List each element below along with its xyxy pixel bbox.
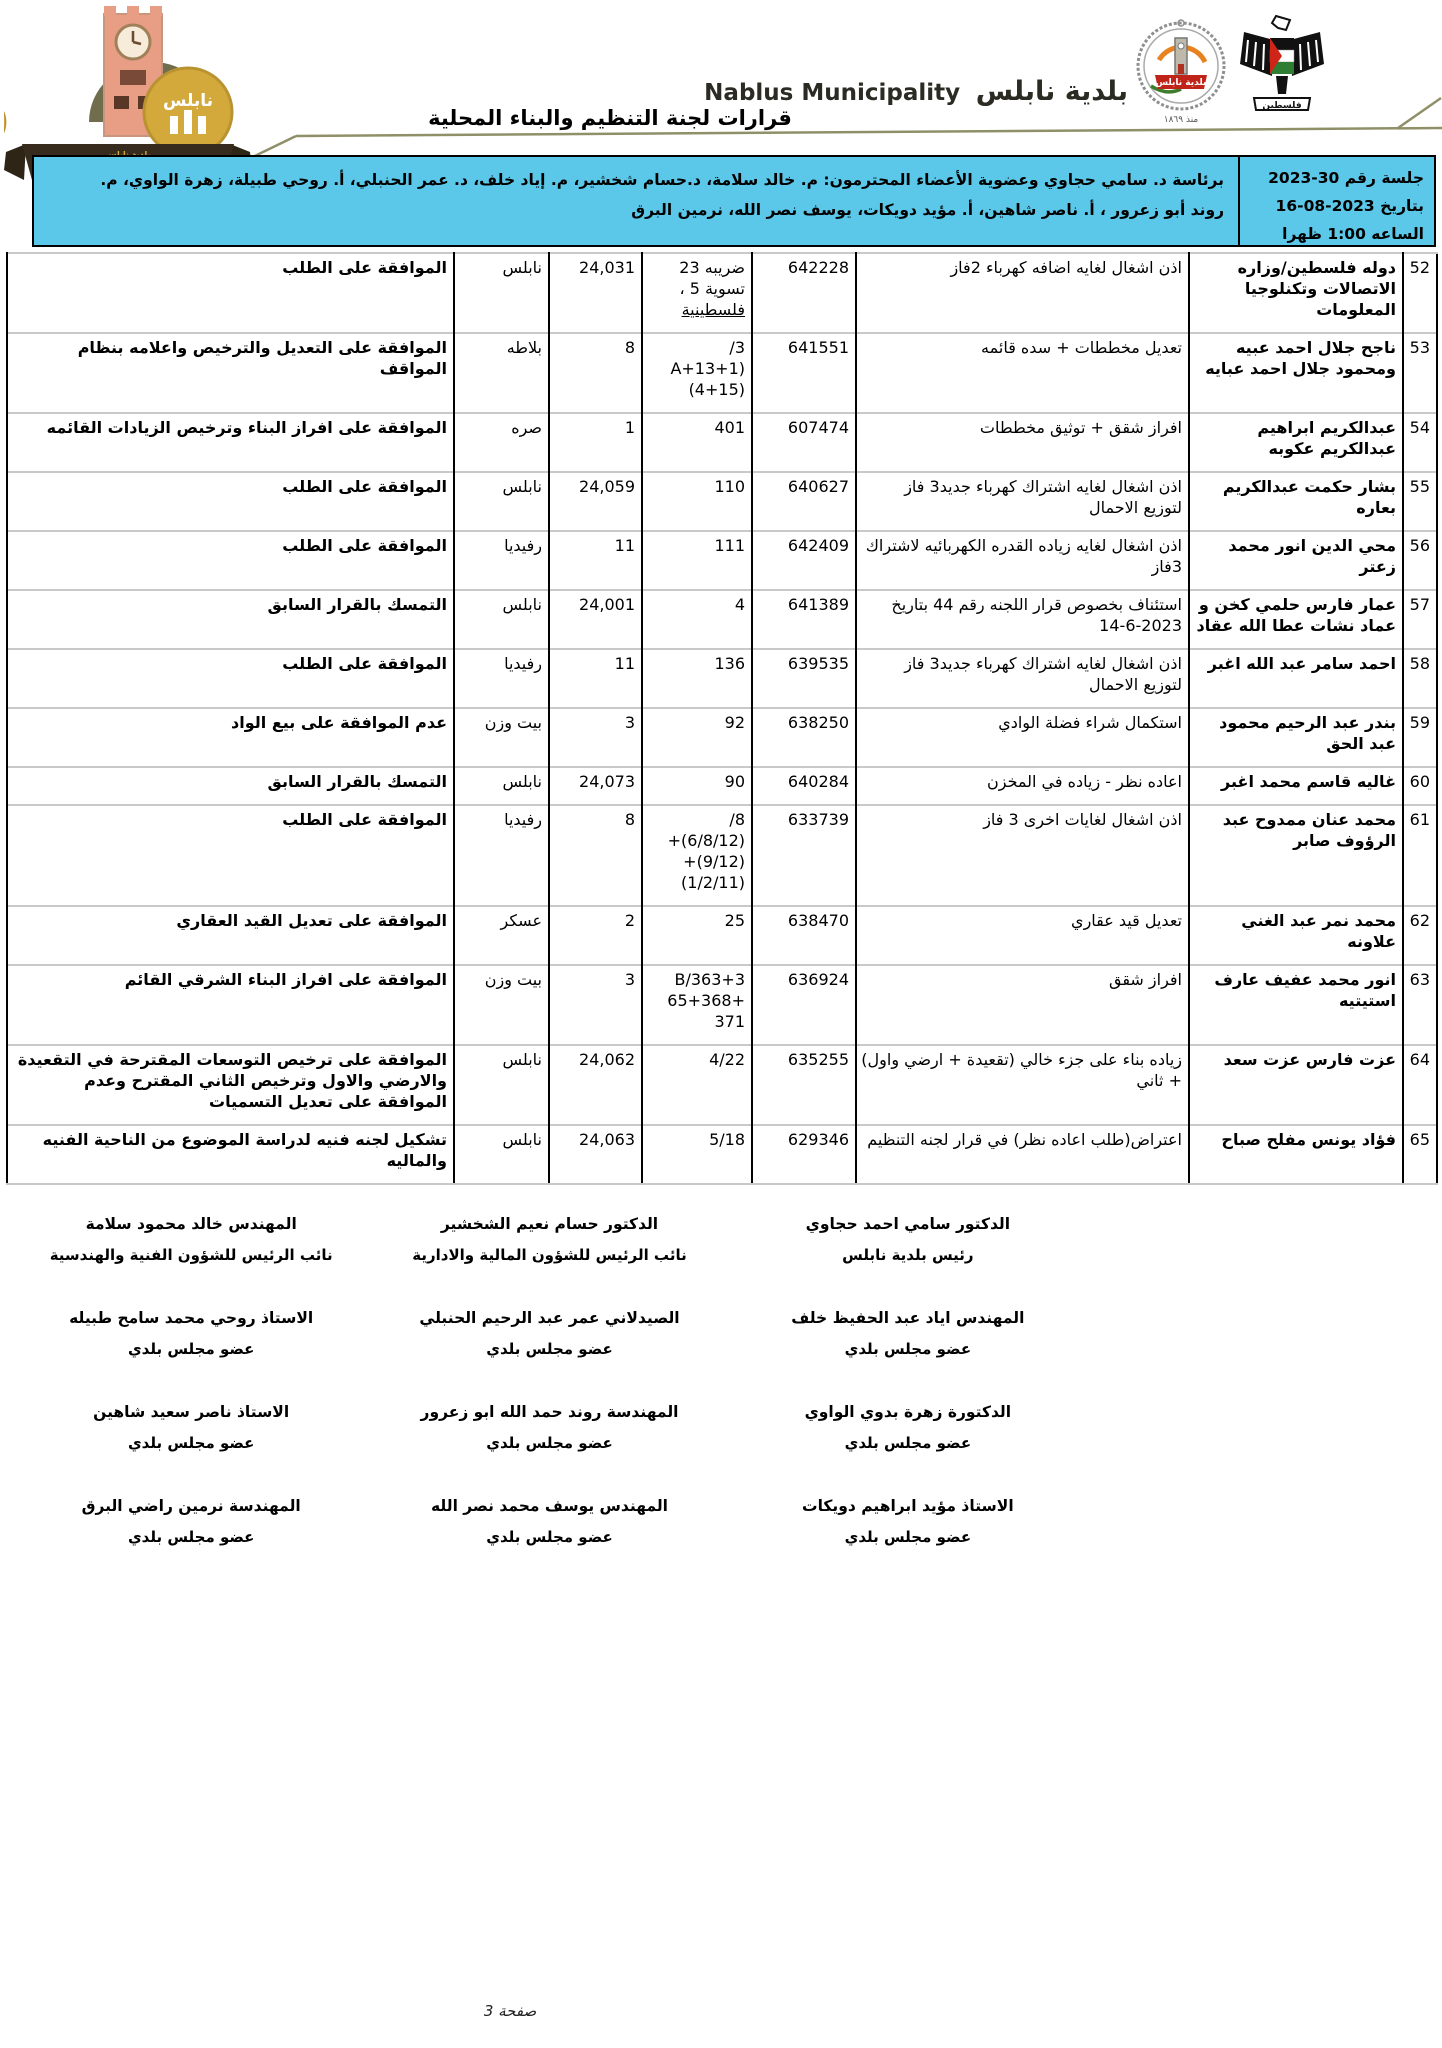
crest-banner-text: بلدية نابلس: [1156, 78, 1207, 88]
basin-number: 3: [549, 965, 642, 1045]
table-row: 60 غاليه قاسم محمد اغبر اعاده نظر - زياد…: [7, 767, 1437, 805]
table-row: 59 بندر عبد الرحيم محمود عبد الحق استكما…: [7, 708, 1437, 767]
basin-number: 24,031: [549, 253, 642, 333]
signatory-name: المهندسة روند حمد الله ابو زعرور: [370, 1403, 728, 1421]
location: بلاطه: [454, 333, 549, 413]
plot-number: 90: [642, 767, 752, 805]
signature-block: الاستاذ ناصر سعيد شاهين عضو مجلس بلدي: [12, 1403, 370, 1461]
file-number: 629346: [752, 1125, 856, 1184]
location: بيت وزن: [454, 708, 549, 767]
basin-number: 8: [549, 333, 642, 413]
location: نابلس: [454, 1045, 549, 1125]
row-number: 53: [1403, 333, 1437, 413]
attendees-line2: روند أبو زعرور ، أ. ناصر شاهين، أ. مؤيد …: [44, 195, 1224, 225]
eagle-banner: فلسطين: [1254, 98, 1310, 111]
request-description: اذن اشغال لغايات اخرى 3 فاز: [856, 805, 1189, 906]
decision-text: الموافقة على تعديل القيد العقاري: [7, 906, 454, 965]
request-description: افراز شقق + توثيق مخططات: [856, 413, 1189, 472]
row-number: 57: [1403, 590, 1437, 649]
table-row: 55 بشار حكمت عبدالكريم بعاره اذن اشغال ل…: [7, 472, 1437, 531]
row-number: 54: [1403, 413, 1437, 472]
table-row: 63 انور محمد عفيف عارف استيتيه افراز شقق…: [7, 965, 1437, 1045]
applicant-name: انور محمد عفيف عارف استيتيه: [1189, 965, 1403, 1045]
signature-block: الاستاذ مؤيد ابراهيم دويكات عضو مجلس بلد…: [729, 1497, 1087, 1555]
row-number: 60: [1403, 767, 1437, 805]
signatory-name: الاستاذ روحي محمد سامح طبيله: [12, 1309, 370, 1327]
row-number: 56: [1403, 531, 1437, 590]
basin-number: 2: [549, 906, 642, 965]
decision-text: الموافقة على افراز البناء الشرقي القائم: [7, 965, 454, 1045]
session-meta: جلسة رقم 30-2023 بتاريخ 2023-08-16 الساع…: [1238, 157, 1434, 245]
plot-number: 110: [642, 472, 752, 531]
applicant-name: محي الدين انور محمد زعتر: [1189, 531, 1403, 590]
location: نابلس: [454, 253, 549, 333]
palestine-eagle-emblem: فلسطين: [1236, 14, 1328, 118]
decision-text: التمسك بالقرار السابق: [7, 767, 454, 805]
signatory-name: المهندسة نرمين راضي البرق: [12, 1497, 370, 1515]
signatory-title: نائب الرئيس للشؤون الفنية والهندسية: [12, 1246, 370, 1264]
row-number: 58: [1403, 649, 1437, 708]
file-number: 638470: [752, 906, 856, 965]
applicant-name: دوله فلسطين/وزاره الاتصالات وتكنلوجيا ال…: [1189, 253, 1403, 333]
location: رفيديا: [454, 649, 549, 708]
eagle-banner-text: فلسطين: [1262, 101, 1301, 111]
signatures-section: الدكتور سامي احمد حجاوي رئيس بلدية نابلس…: [12, 1215, 1087, 1555]
applicant-name: محمد نمر عبد الغني علاونه: [1189, 906, 1403, 965]
decision-text: الموافقة على الطلب: [7, 805, 454, 906]
file-number: 639535: [752, 649, 856, 708]
signature-block: الدكتورة زهرة بدوي الواوي عضو مجلس بلدي: [729, 1403, 1087, 1461]
signatory-title: نائب الرئيس للشؤون المالية والادارية: [370, 1246, 728, 1264]
signatory-title: عضو مجلس بلدي: [12, 1434, 370, 1452]
plot-number: 136: [642, 649, 752, 708]
row-number: 62: [1403, 906, 1437, 965]
file-number: 640627: [752, 472, 856, 531]
table-row: 61 محمد عنان ممدوح عبد الرؤوف صابر اذن ا…: [7, 805, 1437, 906]
decisions-table: 52 دوله فلسطين/وزاره الاتصالات وتكنلوجيا…: [6, 252, 1438, 1185]
basin-number: 3: [549, 708, 642, 767]
plot-number: /8+(6/8/12)+(9/12)(1/2/11): [642, 805, 752, 906]
basin-number: 11: [549, 649, 642, 708]
file-number: 642409: [752, 531, 856, 590]
applicant-name: بشار حكمت عبدالكريم بعاره: [1189, 472, 1403, 531]
signatory-name: الصيدلاني عمر عبد الرحيم الحنبلي: [370, 1309, 728, 1327]
basin-number: 24,073: [549, 767, 642, 805]
table-row: 58 احمد سامر عبد الله اغبر اذن اشغال لغا…: [7, 649, 1437, 708]
request-description: استكمال شراء فضلة الوادي: [856, 708, 1189, 767]
request-description: تعديل قيد عقاري: [856, 906, 1189, 965]
decision-text: التمسك بالقرار السابق: [7, 590, 454, 649]
signatory-name: المهندس خالد محمود سلامة: [12, 1215, 370, 1233]
applicant-name: عبدالكريم ابراهيم عبدالكريم عكوبه: [1189, 413, 1403, 472]
signatory-title: عضو مجلس بلدي: [729, 1528, 1087, 1546]
file-number: 633739: [752, 805, 856, 906]
document-page: { "header": { "org_name_ar": "بلدية نابل…: [0, 0, 1442, 2048]
applicant-name: احمد سامر عبد الله اغبر: [1189, 649, 1403, 708]
signatory-name: الدكتور حسام نعيم الشخشير: [370, 1215, 728, 1233]
plot-number: 5/18: [642, 1125, 752, 1184]
signatory-title: عضو مجلس بلدي: [12, 1528, 370, 1546]
location: عسكر: [454, 906, 549, 965]
basin-number: 8: [549, 805, 642, 906]
signatory-name: الاستاذ ناصر سعيد شاهين: [12, 1403, 370, 1421]
table-row: 57 عمار فارس حلمي كخن و عماد نشات عطا ال…: [7, 590, 1437, 649]
attendees-line1: برئاسة د. سامي حجاوي وعضوية الأعضاء المح…: [44, 165, 1224, 195]
session-time: الساعه 1:00 ظهرا: [1244, 220, 1424, 248]
location: بيت وزن: [454, 965, 549, 1045]
applicant-name: غاليه قاسم محمد اغبر: [1189, 767, 1403, 805]
file-number: 642228: [752, 253, 856, 333]
signatory-title: عضو مجلس بلدي: [370, 1434, 728, 1452]
request-description: استئناف بخصوص قرار اللجنه رقم 44 بتاريخ …: [856, 590, 1189, 649]
location: نابلس: [454, 767, 549, 805]
file-number: 636924: [752, 965, 856, 1045]
plot-number: 111: [642, 531, 752, 590]
signature-block: الصيدلاني عمر عبد الرحيم الحنبلي عضو مجل…: [370, 1309, 728, 1367]
file-number: 635255: [752, 1045, 856, 1125]
signatory-title: عضو مجلس بلدي: [729, 1340, 1087, 1358]
request-description: تعديل مخططات + سده قائمه: [856, 333, 1189, 413]
plot-number: B/363+365+368+371: [642, 965, 752, 1045]
applicant-name: فؤاد يونس مفلح صباح: [1189, 1125, 1403, 1184]
request-description: اذن اشغال لغايه زياده القدره الكهربائيه …: [856, 531, 1189, 590]
location: نابلس: [454, 590, 549, 649]
signatory-name: الدكتورة زهرة بدوي الواوي: [729, 1403, 1087, 1421]
plot-number: 4: [642, 590, 752, 649]
plot-number: 4/22: [642, 1045, 752, 1125]
eagle-head: [1272, 16, 1290, 30]
applicant-name: عمار فارس حلمي كخن و عماد نشات عطا الله …: [1189, 590, 1403, 649]
file-number: 641389: [752, 590, 856, 649]
signatory-title: عضو مجلس بلدي: [370, 1528, 728, 1546]
request-description: اذن اشغال لغايه اضافه كهرباء 2فاز: [856, 253, 1189, 333]
signature-block: الاستاذ روحي محمد سامح طبيله عضو مجلس بل…: [12, 1309, 370, 1367]
signatory-title: رئيس بلدية نابلس: [729, 1246, 1087, 1264]
row-number: 61: [1403, 805, 1437, 906]
row-number: 64: [1403, 1045, 1437, 1125]
decision-text: الموافقة على افراز البناء وترخيص الزيادا…: [7, 413, 454, 472]
basin-number: 11: [549, 531, 642, 590]
plot-number: 92: [642, 708, 752, 767]
request-description: زياده بناء على جزء خالي (تقعيدة + ارضي و…: [856, 1045, 1189, 1125]
signatory-title: عضو مجلس بلدي: [370, 1340, 728, 1358]
decision-text: الموافقة على التعديل والترخيص واعلامه بن…: [7, 333, 454, 413]
signature-block: المهندس خالد محمود سلامة نائب الرئيس للش…: [12, 1215, 370, 1273]
table-row: 53 ناجح جلال احمد عبيه ومحمود جلال احمد …: [7, 333, 1437, 413]
crest-banner: بلدية نابلس: [1155, 75, 1207, 89]
applicant-name: عزت فارس عزت سعد: [1189, 1045, 1403, 1125]
table-row: 54 عبدالكريم ابراهيم عبدالكريم عكوبه افر…: [7, 413, 1437, 472]
plot-number: 23 ضريبه، 5 تسويةفلسطينية: [642, 253, 752, 333]
session-attendees: برئاسة د. سامي حجاوي وعضوية الأعضاء المح…: [34, 157, 1238, 245]
signatory-name: الدكتور سامي احمد حجاوي: [729, 1215, 1087, 1233]
signatory-name: الاستاذ مؤيد ابراهيم دويكات: [729, 1497, 1087, 1515]
applicant-name: ناجح جلال احمد عبيه ومحمود جلال احمد عبا…: [1189, 333, 1403, 413]
decision-text: الموافقة على الطلب: [7, 649, 454, 708]
file-number: 641551: [752, 333, 856, 413]
location: صره: [454, 413, 549, 472]
signatory-title: عضو مجلس بلدي: [12, 1340, 370, 1358]
signature-block: الدكتور حسام نعيم الشخشير نائب الرئيس لل…: [370, 1215, 728, 1273]
signature-block: المهندسة روند حمد الله ابو زعرور عضو مجل…: [370, 1403, 728, 1461]
plot-number: 401: [642, 413, 752, 472]
location: رفيديا: [454, 805, 549, 906]
eagle-tail: [1276, 76, 1288, 94]
signatory-title: عضو مجلس بلدي: [729, 1434, 1087, 1452]
decision-text: الموافقة على ترخيص التوسعات المقترحة في …: [7, 1045, 454, 1125]
request-description: افراز شقق: [856, 965, 1189, 1045]
applicant-name: محمد عنان ممدوح عبد الرؤوف صابر: [1189, 805, 1403, 906]
decision-text: تشكيل لجنه فنيه لدراسة الموضوع من الناحي…: [7, 1125, 454, 1184]
org-name-english: Nablus Municipality: [704, 80, 960, 106]
session-date: بتاريخ 2023-08-16: [1244, 192, 1424, 220]
decision-text: الموافقة على الطلب: [7, 472, 454, 531]
basin-number: 24,063: [549, 1125, 642, 1184]
row-number: 52: [1403, 253, 1437, 333]
organization-name: بلدية نابلس Nablus Municipality: [704, 76, 1128, 107]
location: نابلس: [454, 472, 549, 531]
plot-number: 25: [642, 906, 752, 965]
row-number: 63: [1403, 965, 1437, 1045]
signature-block: المهندسة نرمين راضي البرق عضو مجلس بلدي: [12, 1497, 370, 1555]
basin-number: 24,062: [549, 1045, 642, 1125]
applicant-name: بندر عبد الرحيم محمود عبد الحق: [1189, 708, 1403, 767]
decision-text: عدم الموافقة على بيع الواد: [7, 708, 454, 767]
file-number: 638250: [752, 708, 856, 767]
decision-text: الموافقة على الطلب: [7, 531, 454, 590]
row-number: 59: [1403, 708, 1437, 767]
signature-block: المهندس يوسف محمد نصر الله عضو مجلس بلدي: [370, 1497, 728, 1555]
session-number: جلسة رقم 30-2023: [1244, 164, 1424, 192]
signatory-name: المهندس يوسف محمد نصر الله: [370, 1497, 728, 1515]
flag-shield: [1270, 38, 1294, 74]
table-row: 52 دوله فلسطين/وزاره الاتصالات وتكنلوجيا…: [7, 253, 1437, 333]
page-number: صفحة 3: [420, 2002, 600, 2020]
org-name-arabic: بلدية نابلس: [976, 76, 1128, 107]
plot-number: /3A+13+1)(4+15): [642, 333, 752, 413]
location: نابلس: [454, 1125, 549, 1184]
file-number: 640284: [752, 767, 856, 805]
row-number: 55: [1403, 472, 1437, 531]
basin-number: 1: [549, 413, 642, 472]
table-row: 65 فؤاد يونس مفلح صباح اعتراض(طلب اعاده …: [7, 1125, 1437, 1184]
location: رفيديا: [454, 531, 549, 590]
request-description: اذن اشغال لغايه اشتراك كهرباء جديد3 فاز …: [856, 472, 1189, 531]
table-row: 62 محمد نمر عبد الغني علاونه تعديل قيد ع…: [7, 906, 1437, 965]
decision-text: الموافقة على الطلب: [7, 253, 454, 333]
signature-block: المهندس اياد عبد الحفيظ خلف عضو مجلس بلد…: [729, 1309, 1087, 1367]
request-description: اعتراض(طلب اعاده نظر) في قرار لجنه التنظ…: [856, 1125, 1189, 1184]
file-number: 607474: [752, 413, 856, 472]
row-number: 65: [1403, 1125, 1437, 1184]
crest-tower: [1175, 38, 1187, 74]
request-description: اعاده نظر - زياده في المخزن: [856, 767, 1189, 805]
basin-number: 24,059: [549, 472, 642, 531]
table-row: 64 عزت فارس عزت سعد زياده بناء على جزء خ…: [7, 1045, 1437, 1125]
table-row: 56 محي الدين انور محمد زعتر اذن اشغال لغ…: [7, 531, 1437, 590]
basin-number: 24,001: [549, 590, 642, 649]
session-info-box: جلسة رقم 30-2023 بتاريخ 2023-08-16 الساع…: [32, 155, 1436, 247]
signature-block: الدكتور سامي احمد حجاوي رئيس بلدية نابلس: [729, 1215, 1087, 1273]
page-title: قرارات لجنة التنظيم والبناء المحلية: [0, 106, 1220, 130]
signatory-name: المهندس اياد عبد الحفيظ خلف: [729, 1309, 1087, 1327]
request-description: اذن اشغال لغايه اشتراك كهرباء جديد3 فاز …: [856, 649, 1189, 708]
